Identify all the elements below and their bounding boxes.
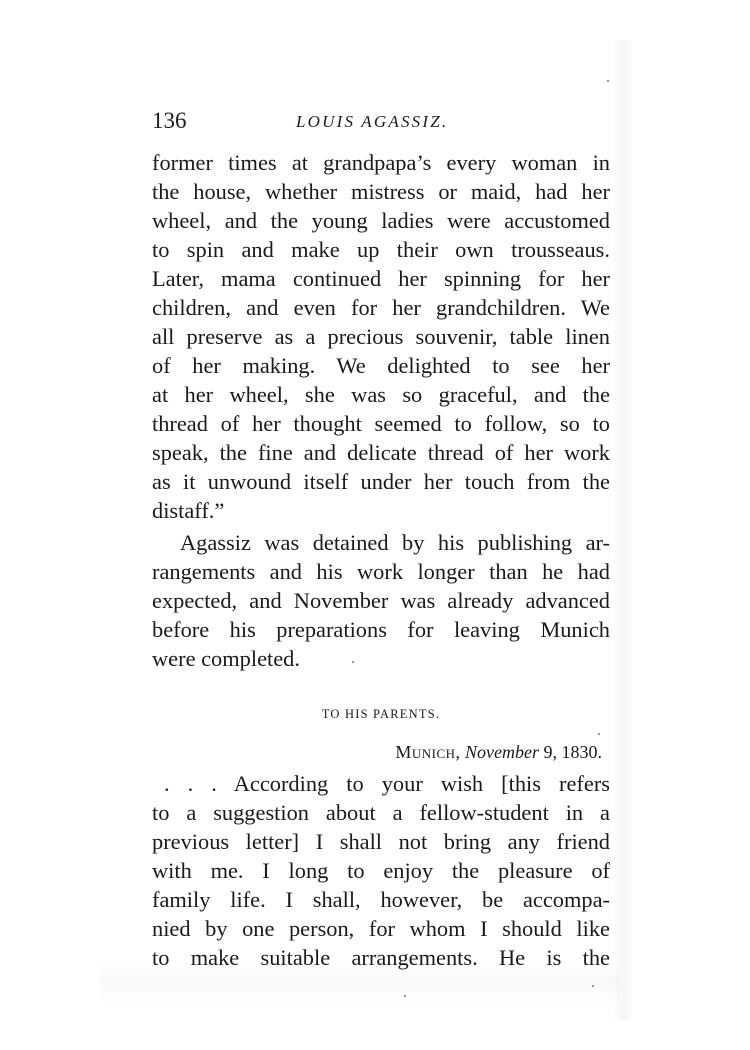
- text-line: with me. I long to enjoy the pleasure of: [152, 856, 610, 885]
- text-line: rangements and his work longer than he h…: [152, 557, 610, 586]
- text-line: distaff.”: [152, 496, 610, 525]
- running-head: 136 LOUIS AGASSIZ.: [152, 106, 610, 142]
- quoted-passage: former times at grandpapa’s every woman …: [152, 148, 610, 525]
- text-line: children, and even for her grandchildren…: [152, 293, 610, 322]
- scan-speck: [404, 995, 406, 997]
- text-line: at her wheel, she was so graceful, and t…: [152, 380, 610, 409]
- page-number: 136: [152, 106, 187, 136]
- text-line: were completed.: [152, 644, 610, 673]
- text-line: to spin and make up their own trousseaus…: [152, 235, 610, 264]
- text-line: the house, whether mistress or maid, had…: [152, 177, 610, 206]
- text-line: wheel, and the young ladies were accusto…: [152, 206, 610, 235]
- narrative-paragraph: Agassiz was detained by his publishing a…: [152, 528, 610, 673]
- text-line: thread of her thought seemed to follow, …: [152, 409, 610, 438]
- scan-speck: [592, 985, 594, 987]
- text-line: as it unwound itself under her touch fro…: [152, 467, 610, 496]
- text-line: to make suitable arrangements. He is the: [152, 943, 610, 972]
- dateline-day-year: 9, 1830.: [544, 742, 603, 762]
- running-title: LOUIS AGASSIZ.: [296, 108, 448, 136]
- text-line: before his preparations for leaving Muni…: [152, 615, 610, 644]
- text-line: former times at grandpapa’s every woman …: [152, 148, 610, 177]
- letter-heading: TO HIS PARENTS.: [152, 701, 610, 727]
- text-line: . . . According to your wish [this refer…: [152, 769, 610, 798]
- text-line: Agassiz was detained by his publishing a…: [152, 528, 610, 557]
- text-line: speak, the fine and delicate thread of h…: [152, 438, 610, 467]
- letter-body: . . . According to your wish [this refer…: [152, 769, 610, 972]
- text-line: family life. I shall, however, be accomp…: [152, 885, 610, 914]
- scan-speck: [607, 80, 609, 82]
- book-page: 136 LOUIS AGASSIZ. former times at grand…: [152, 106, 610, 972]
- dateline-place: Munich,: [395, 742, 460, 762]
- text-line: expected, and November was already advan…: [152, 586, 610, 615]
- text-line: to a suggestion about a fellow-student i…: [152, 798, 610, 827]
- text-line: Later, mama continued her spinning for h…: [152, 264, 610, 293]
- text-line: all preserve as a precious souvenir, tab…: [152, 322, 610, 351]
- text-line: nied by one person, for whom I should li…: [152, 914, 610, 943]
- scan-shadow: [612, 40, 634, 1020]
- dateline-month: November: [465, 742, 539, 762]
- letter-dateline: Munich, November 9, 1830.: [152, 737, 610, 767]
- text-line: previous letter] I shall not bring any f…: [152, 827, 610, 856]
- text-line: of her making. We delighted to see her: [152, 351, 610, 380]
